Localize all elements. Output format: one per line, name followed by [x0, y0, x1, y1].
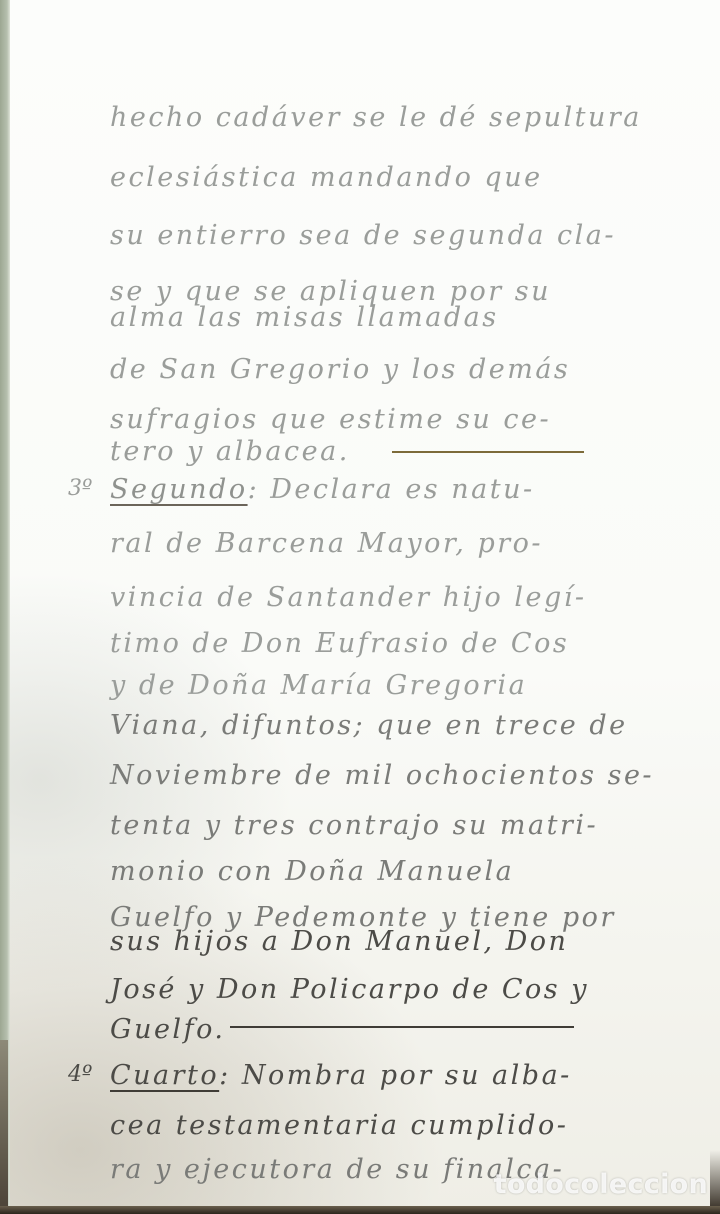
text-line: timo de Don Eufrasio de Cos — [110, 624, 600, 664]
text-line: eclesiástica mandando que — [110, 158, 600, 198]
margin-number: 4º — [68, 1062, 92, 1087]
margin-number: 3º — [68, 476, 92, 501]
watermark-logo: todocoleccion — [494, 1169, 708, 1200]
text-line: y de Doña María Gregoria — [110, 666, 600, 706]
binding-edge — [0, 0, 10, 1214]
text-line: cea testamentaria cumplido- — [110, 1106, 600, 1146]
text-line: Viana, difuntos; que en trece de — [110, 706, 600, 746]
text-line: sus hijos a Don Manuel, Don — [110, 922, 600, 962]
page-corner-shadow — [710, 1150, 720, 1214]
text-line: de San Gregorio y los demás — [110, 350, 600, 390]
text-fragment: : Declara es natu- — [248, 474, 535, 505]
line-filler-rule — [230, 1026, 574, 1028]
text-line: tero y albacea. — [110, 432, 350, 472]
section-heading-line: Segundo: Declara es natu- — [110, 470, 600, 510]
text-line: Guelfo. — [110, 1010, 225, 1050]
text-line: hecho cadáver se le dé sepultura — [110, 98, 600, 138]
line-filler-rule — [392, 451, 584, 453]
section-heading: Segundo — [110, 474, 248, 505]
section-heading: Cuarto — [110, 1060, 219, 1091]
text-line: tenta y tres contrajo su matri- — [110, 806, 600, 846]
text-line: José y Don Policarpo de Cos y — [110, 970, 600, 1010]
text-line: ral de Barcena Mayor, pro- — [110, 524, 600, 564]
text-fragment: : Nombra por su alba- — [219, 1060, 572, 1091]
binding-edge-shadow — [0, 1040, 8, 1214]
text-line: alma las misas llamadas — [110, 298, 600, 338]
text-line: Noviembre de mil ochocientos se- — [110, 756, 600, 796]
manuscript-page: hecho cadáver se le dé sepultura eclesiá… — [0, 0, 720, 1214]
text-line: su entierro sea de segunda cla- — [110, 216, 600, 256]
text-line: vincia de Santander hijo legí- — [110, 578, 600, 618]
page-bottom-edge — [0, 1206, 720, 1214]
section-heading-line: Cuarto: Nombra por su alba- — [110, 1056, 600, 1096]
text-line: monio con Doña Manuela — [110, 852, 600, 892]
